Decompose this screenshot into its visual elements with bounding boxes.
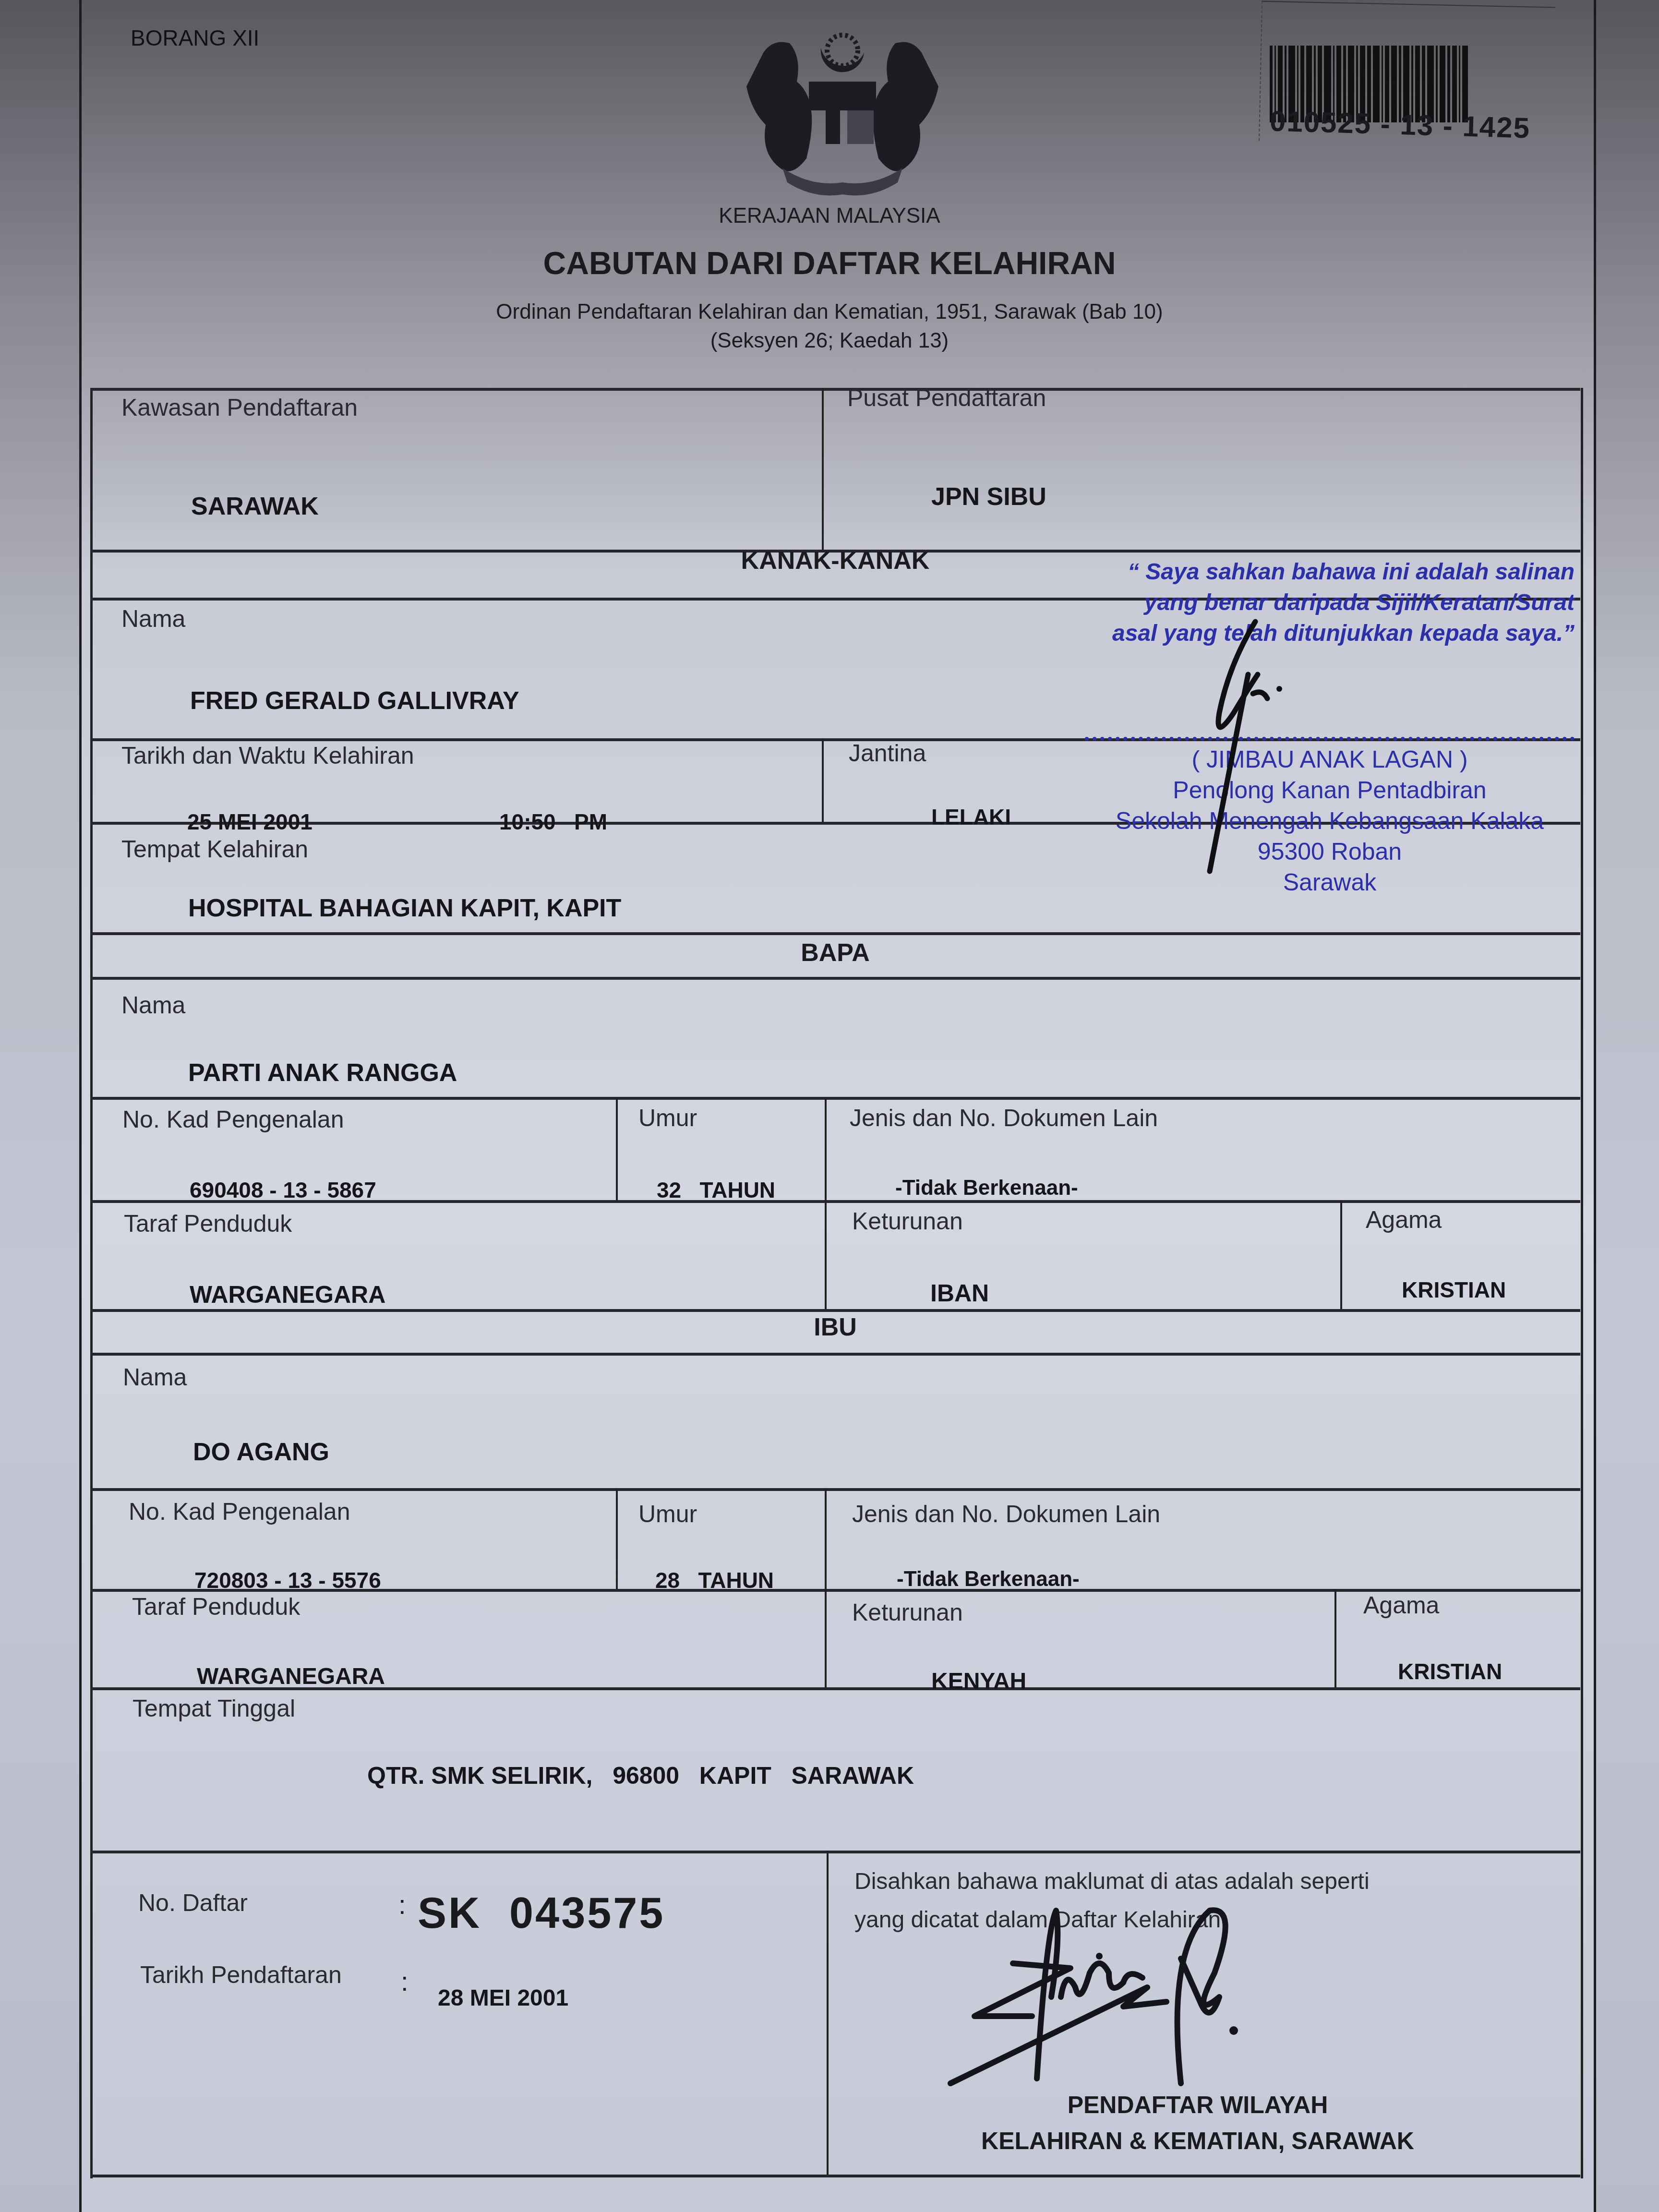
mother-religion-label: Agama	[1363, 1591, 1439, 1619]
ordinance-reference: Ordinan Pendaftaran Kelahiran dan Kemati…	[0, 300, 1659, 324]
divider	[1340, 1200, 1342, 1309]
father-status-value: WARGANEGARA	[190, 1281, 385, 1309]
divider	[825, 1488, 827, 1687]
officer-signature-icon	[1200, 617, 1344, 886]
rule	[90, 1097, 1580, 1100]
child-dob-date: 25 MEI 2001	[187, 809, 313, 835]
mother-otherdoc-label: Jenis dan No. Dokumen Lain	[852, 1500, 1160, 1528]
section-reference: (Seksyen 26; Kaedah 13)	[0, 329, 1659, 353]
rule	[90, 388, 1580, 391]
child-birthplace-value: HOSPITAL BAHAGIAN KAPIT, KAPIT	[188, 894, 621, 923]
mother-otherdoc-value: -Tidak Berkenaan-	[897, 1567, 1080, 1591]
registration-centre-value: JPN SIBU	[931, 482, 1046, 511]
mother-religion-value: KRISTIAN	[1398, 1659, 1502, 1684]
father-otherdoc-value: -Tidak Berkenaan-	[895, 1176, 1078, 1200]
document-title: CABUTAN DARI DAFTAR KELAHIRAN	[0, 245, 1659, 281]
rule	[90, 1488, 1580, 1491]
child-dob-label: Tarikh dan Waktu Kelahiran	[121, 742, 414, 769]
mother-ethnicity-label: Keturunan	[852, 1599, 963, 1626]
mother-name-value: DO AGANG	[193, 1438, 329, 1467]
colon: :	[398, 1889, 406, 1920]
signatory-title-1: PENDAFTAR WILAYAH	[854, 2086, 1541, 2124]
father-age-value: 32 TAHUN	[657, 1177, 775, 1203]
mother-age-value: 28 TAHUN	[655, 1567, 774, 1593]
mother-ic-label: No. Kad Pengenalan	[129, 1498, 350, 1526]
child-name-value: FRED GERALD GALLIVRAY	[190, 686, 519, 715]
mother-residence-value: QTR. SMK SELIRIK, 96800 KAPIT SARAWAK	[367, 1762, 914, 1790]
rule	[90, 1309, 1580, 1312]
father-status-label: Taraf Penduduk	[124, 1210, 292, 1238]
child-gender-value: LELAKI	[931, 804, 1011, 830]
father-ic-label: No. Kad Pengenalan	[122, 1106, 344, 1133]
stamp-quote-line-1: “ Saya sahkan bahawa ini adalah salinan	[1075, 557, 1575, 588]
mother-status-value: WARGANEGARA	[197, 1663, 385, 1690]
registrar-signature-icon	[941, 1901, 1373, 2103]
child-name-label: Nama	[121, 605, 185, 633]
registration-area-value: SARAWAK	[191, 492, 319, 521]
father-religion-value: KRISTIAN	[1402, 1277, 1506, 1303]
child-birthplace-label: Tempat Kelahiran	[121, 835, 308, 863]
divider	[616, 1488, 618, 1589]
rule	[90, 1353, 1580, 1356]
mother-ethnicity-value: KENYAH	[931, 1668, 1026, 1695]
rule	[90, 1851, 1580, 1853]
mother-ic-value: 720803 - 13 - 5576	[194, 1567, 381, 1593]
mother-age-label: Umur	[638, 1500, 697, 1528]
rule	[90, 932, 1580, 935]
mother-residence-label: Tempat Tinggal	[132, 1695, 295, 1722]
divider	[1334, 1589, 1336, 1687]
registration-number-label: No. Daftar	[138, 1889, 248, 1917]
stamp-quote-line-2: yang benar daripada Sijil/Keratan/Surat	[1075, 588, 1575, 618]
father-religion-label: Agama	[1366, 1206, 1442, 1234]
government-heading: KERAJAAN MALAYSIA	[0, 204, 1659, 228]
father-name-value: PARTI ANAK RANGGA	[188, 1058, 457, 1087]
registration-centre-label: Pusat Pendaftaran	[847, 384, 1046, 412]
rule	[90, 2175, 1580, 2177]
certification-line-1: Disahkan bahawa maklumat di atas adalah …	[854, 1863, 1370, 1901]
registration-number-value: SK 043575	[418, 1889, 665, 1938]
father-ethnicity-value: IBAN	[930, 1279, 989, 1307]
father-age-label: Umur	[638, 1104, 697, 1132]
colon: :	[401, 1966, 409, 1997]
father-name-label: Nama	[121, 991, 185, 1019]
registration-area-label: Kawasan Pendaftaran	[121, 394, 358, 421]
child-dob-time: 10:50 PM	[499, 809, 607, 835]
section-father-title: BAPA	[90, 938, 1580, 967]
divider	[822, 388, 824, 550]
divider	[822, 738, 824, 822]
father-ethnicity-label: Keturunan	[852, 1207, 963, 1235]
divider	[827, 1851, 829, 2175]
rule	[90, 977, 1580, 980]
signatory-title-2: KELAHIRAN & KEMATIAN, SARAWAK	[854, 2122, 1541, 2160]
registration-date-label: Tarikh Pendaftaran	[140, 1961, 342, 1989]
child-gender-label: Jantina	[849, 739, 926, 767]
registration-date-value: 28 MEI 2001	[438, 1985, 568, 2011]
father-otherdoc-label: Jenis dan No. Dokumen Lain	[850, 1104, 1158, 1132]
father-ic-value: 690408 - 13 - 5867	[190, 1177, 376, 1203]
divider	[825, 1097, 827, 1309]
form-code: BORANG XII	[131, 25, 259, 51]
mother-status-label: Taraf Penduduk	[132, 1593, 300, 1621]
section-mother-title: IBU	[90, 1313, 1580, 1342]
mother-name-label: Nama	[123, 1363, 187, 1391]
malaysia-coat-of-arms-icon	[730, 14, 955, 202]
divider	[616, 1097, 618, 1200]
